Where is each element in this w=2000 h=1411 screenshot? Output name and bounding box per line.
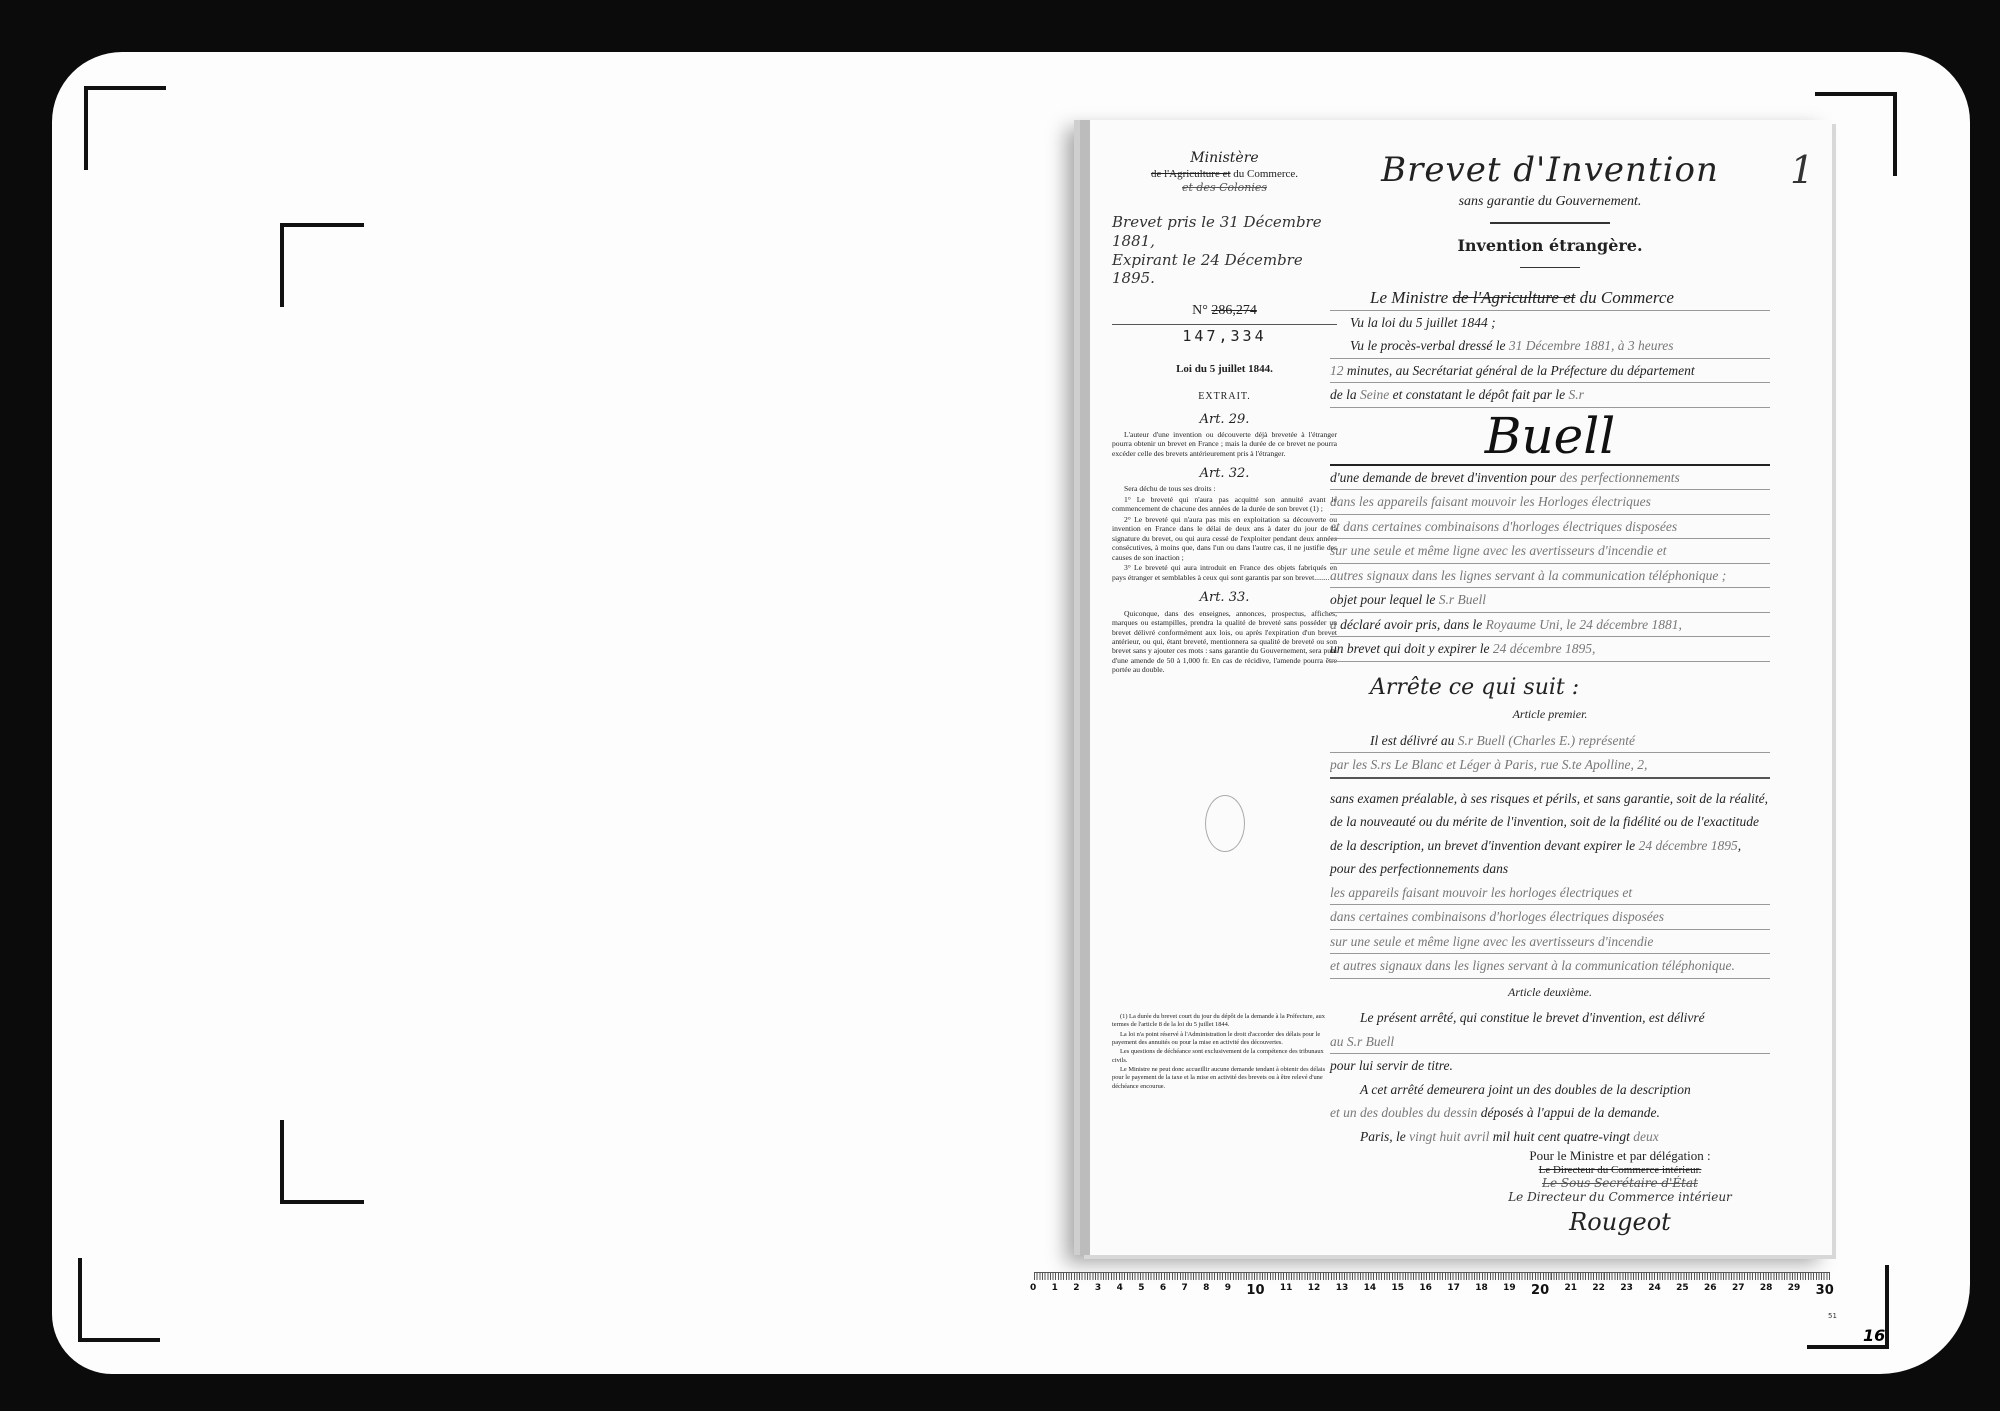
handwritten-text: 12 [1330,363,1344,378]
article-paragraph: Sera déchu de tous ses droits : [1112,484,1337,493]
vu-proces-verbal: Vu le procès-verbal dressé le 31 Décembr… [1330,334,1770,359]
handwritten-text: des perfectionnements [1559,470,1679,485]
ruler-label: 5 [1138,1283,1144,1298]
text: minutes, au Secrétariat général de la Pr… [1344,363,1695,378]
ruler-label: 25 [1676,1283,1689,1298]
article-deuxieme-title: Article deuxième. [1330,981,1770,1005]
invention-line: autres signaux dans les lignes servant à… [1330,564,1770,589]
article2-recipient: au S.r Buell [1330,1030,1770,1055]
text: déclaré avoir pris, dans le [1337,617,1486,632]
article2-titre: pour lui servir de titre. [1330,1054,1770,1078]
ruler-label: 24 [1648,1283,1661,1298]
page-number: 1 [1790,148,1814,192]
footnote: Le Ministre ne peut donc accueillir aucu… [1112,1066,1337,1091]
document-title: Brevet d'Invention [1330,150,1770,190]
text: d'une demande de brevet d'invention pour [1330,470,1559,485]
brevet-pris: Brevet pris le 31 Décembre 1881, [1112,213,1337,251]
text: Vu le procès-verbal dressé le [1350,338,1509,353]
handwritten-text: a [1330,617,1337,632]
ruler-label: 13 [1336,1283,1349,1298]
ruler-label: 2 [1073,1283,1079,1298]
article1-line: Il est délivré au S.r Buell (Charles E.)… [1330,729,1770,754]
numero-label: N° [1192,303,1208,318]
directeur-title: Le Directeur du Commerce intérieur [1470,1190,1770,1204]
text: de la [1330,387,1360,402]
ruler-label: 3 [1095,1283,1101,1298]
ruler-label: 27 [1732,1283,1745,1298]
article-29: Art. 29. L'auteur d'une invention ou déc… [1112,412,1337,459]
ruler-label: 30 [1816,1283,1834,1298]
annex-line2: et un des doubles du dessin déposés à l'… [1330,1101,1770,1125]
handwritten-text: Seine [1360,387,1389,402]
date-line: Paris, le vingt huit avril mil huit cent… [1330,1125,1770,1149]
objet-line: objet pour lequel le S.r Buell [1330,588,1770,613]
vu-loi: Vu la loi du 5 juillet 1844 ; [1330,311,1770,335]
ruler-label: 16 [1419,1283,1432,1298]
ruler-label: 23 [1620,1283,1633,1298]
struck-directeur: Le Directeur du Commerce intérieur. [1470,1164,1770,1176]
invention-category: Invention étrangère. [1330,236,1770,255]
crop-mark-bottom-left [78,1258,160,1342]
ministere-commerce: du Commerce. [1233,168,1298,180]
signature: Rougeot [1470,1208,1770,1236]
ornament-divider [1490,222,1610,224]
article-heading: Art. 29. [1112,412,1337,428]
brevet-dates: Brevet pris le 31 Décembre 1881, Expiran… [1112,213,1337,288]
patent-number-line: N° 286,274 [1112,302,1337,320]
ruler-label: 10 [1246,1283,1264,1298]
article1-invention-line: les appareils faisant mouvoir les horlog… [1330,881,1770,906]
ruler-label: 7 [1181,1283,1187,1298]
ruler-label: 8 [1203,1283,1209,1298]
ministere-line3: et des Colonies [1112,181,1337,195]
text: du Commerce [1575,288,1674,307]
ruler-side-label: 51 [1828,1312,1837,1320]
footnote: (1) La durée du brevet court du jour du … [1112,1013,1337,1030]
patent-body: Le Ministre de l'Agriculture et du Comme… [1330,286,1770,1148]
handwritten-text: Royaume Uni, le 24 décembre 1881, [1486,617,1682,632]
arrete-heading: Arrête ce qui suit : [1370,676,1770,700]
article1-body: sans examen préalable, à ses risques et … [1330,787,1770,881]
article-paragraph: Quiconque, dans des enseignes, annonces,… [1112,609,1337,675]
brevet-expire-line: un brevet qui doit y expirer le 24 décem… [1330,637,1770,662]
text: Il est délivré au [1370,733,1458,748]
handwritten-text: 24 décembre 1895 [1639,838,1738,853]
ruler-label: 14 [1364,1283,1377,1298]
handwritten-text: 31 Décembre 1881, à 3 heures [1509,338,1674,353]
ruler-label: 12 [1308,1283,1321,1298]
struck-sous-secretaire: Le Sous Secrétaire d'État [1470,1176,1770,1190]
document-subtitle: sans garantie du Gouvernement. [1330,194,1770,210]
text: déposés à l'appui de la demande. [1477,1105,1659,1120]
article1-invention-line: sur une seule et même ligne avec les ave… [1330,930,1770,955]
patent-number: 147,334 [1112,324,1337,346]
ruler-label: 6 [1160,1283,1166,1298]
text: mil huit cent quatre-vingt [1489,1129,1633,1144]
handwritten-text: S.r [1568,387,1583,402]
ruler-label: 4 [1117,1283,1123,1298]
article-33: Art. 33. Quiconque, dans des enseignes, … [1112,590,1337,675]
signature-block: Pour le Ministre et par délégation : Le … [1470,1148,1770,1236]
demande-line: d'une demande de brevet d'invention pour… [1330,466,1770,491]
handwritten-text: deux [1633,1129,1658,1144]
invention-line: et dans certaines combinaisons d'horloge… [1330,515,1770,540]
crop-mark-top-left [84,86,166,170]
ruler-labels: 0 1 2 3 4 5 6 7 8 9 10 11 12 13 14 15 16… [1030,1283,1834,1298]
text: et constatant le dépôt fait par le [1389,387,1568,402]
minister-line: Le Ministre de l'Agriculture et du Comme… [1330,286,1770,311]
ruler-label: 1 [1052,1283,1058,1298]
text: un brevet qui doit y expirer le [1330,641,1493,656]
handwritten-text: S.r Buell (Charles E.) représenté [1458,733,1635,748]
article1-representative: par les S.rs Le Blanc et Léger à Paris, … [1330,753,1770,779]
ruler-label: 21 [1565,1283,1578,1298]
text: objet pour lequel le [1330,592,1439,607]
footnote: La loi n'a point réservé à l'Administrat… [1112,1031,1337,1048]
article-heading: Art. 32. [1112,466,1337,482]
ruler-label: 17 [1447,1283,1460,1298]
ruler-label: 29 [1788,1283,1801,1298]
ruler-label: 18 [1475,1283,1488,1298]
handwritten-text: vingt huit avril [1409,1129,1489,1144]
departement-line: de la Seine et constatant le dépôt fait … [1330,383,1770,408]
ruler-label: 26 [1704,1283,1717,1298]
ministere-heading: Ministère [1112,150,1337,168]
ruler-label: 28 [1760,1283,1773,1298]
article-paragraph: 2° Le breveté qui n'aura pas mis en expl… [1112,515,1337,562]
left-column: Ministère de l'Agriculture et du Commerc… [1112,150,1337,676]
article-heading: Art. 33. [1112,590,1337,606]
annex-line: A cet arrêté demeurera joint un des doub… [1330,1078,1770,1102]
divider [1520,267,1580,268]
article-paragraph: L'auteur d'une invention ou découverte d… [1112,430,1337,458]
declare-line: a déclaré avoir pris, dans le Royaume Un… [1330,613,1770,638]
article-premier-title: Article premier. [1330,703,1770,727]
handwritten-initials [1205,795,1245,852]
footnotes: (1) La durée du brevet court du jour du … [1112,1012,1337,1092]
ruler-label: 22 [1592,1283,1605,1298]
footnote: Les questions de déchéance sont exclusiv… [1112,1048,1337,1065]
minutes-line: 12 minutes, au Secrétariat général de la… [1330,359,1770,384]
brevet-expirant: Expirant le 24 Décembre 1895. [1112,251,1337,289]
struck-text: de l'Agriculture et [1452,288,1575,307]
article-paragraph: 3° Le breveté qui aura introduit en Fran… [1112,563,1337,582]
numero-struck: 286,274 [1211,303,1257,318]
text: Le Ministre [1370,288,1452,307]
handwritten-text: et un des doubles du dessin [1330,1105,1477,1120]
article-paragraph: 1° Le breveté qui n'aura pas acquitté so… [1112,495,1337,514]
handwritten-text: S.r Buell [1439,592,1486,607]
ruler-label: 11 [1280,1283,1293,1298]
ministere-line2: de l'Agriculture et du Commerce. [1112,168,1337,182]
ruler-label: 0 [1030,1283,1036,1298]
frame-number: 16 [1863,1326,1885,1345]
right-column: Brevet d'Invention sans garantie du Gouv… [1330,150,1770,1236]
article1-invention-line: dans certaines combinaisons d'horloges é… [1330,905,1770,930]
extrait-heading: EXTRAIT. [1112,391,1337,404]
invention-line: dans les appareils faisant mouvoir les H… [1330,490,1770,515]
text: Paris, le [1360,1129,1409,1144]
ruler-label: 19 [1503,1283,1516,1298]
ruler-label: 15 [1392,1283,1405,1298]
applicant-name: Buell [1330,408,1770,466]
article2-line: Le présent arrêté, qui constitue le brev… [1330,1006,1770,1030]
article1-invention-line: et autres signaux dans les lignes servan… [1330,954,1770,979]
delegation-line: Pour le Ministre et par délégation : [1470,1148,1770,1164]
ruler-label: 9 [1225,1283,1231,1298]
invention-line: sur une seule et même ligne avec les ave… [1330,539,1770,564]
inner-crop-mark-bottom-left [280,1120,364,1204]
handwritten-text: 24 décembre 1895, [1493,641,1596,656]
loi-title: Loi du 5 juillet 1844. [1112,363,1337,377]
article-32: Art. 32. Sera déchu de tous ses droits :… [1112,466,1337,582]
inner-crop-mark-top-left [280,223,364,307]
ministere-struck: de l'Agriculture et [1151,168,1231,180]
ruler-label: 20 [1531,1283,1549,1298]
